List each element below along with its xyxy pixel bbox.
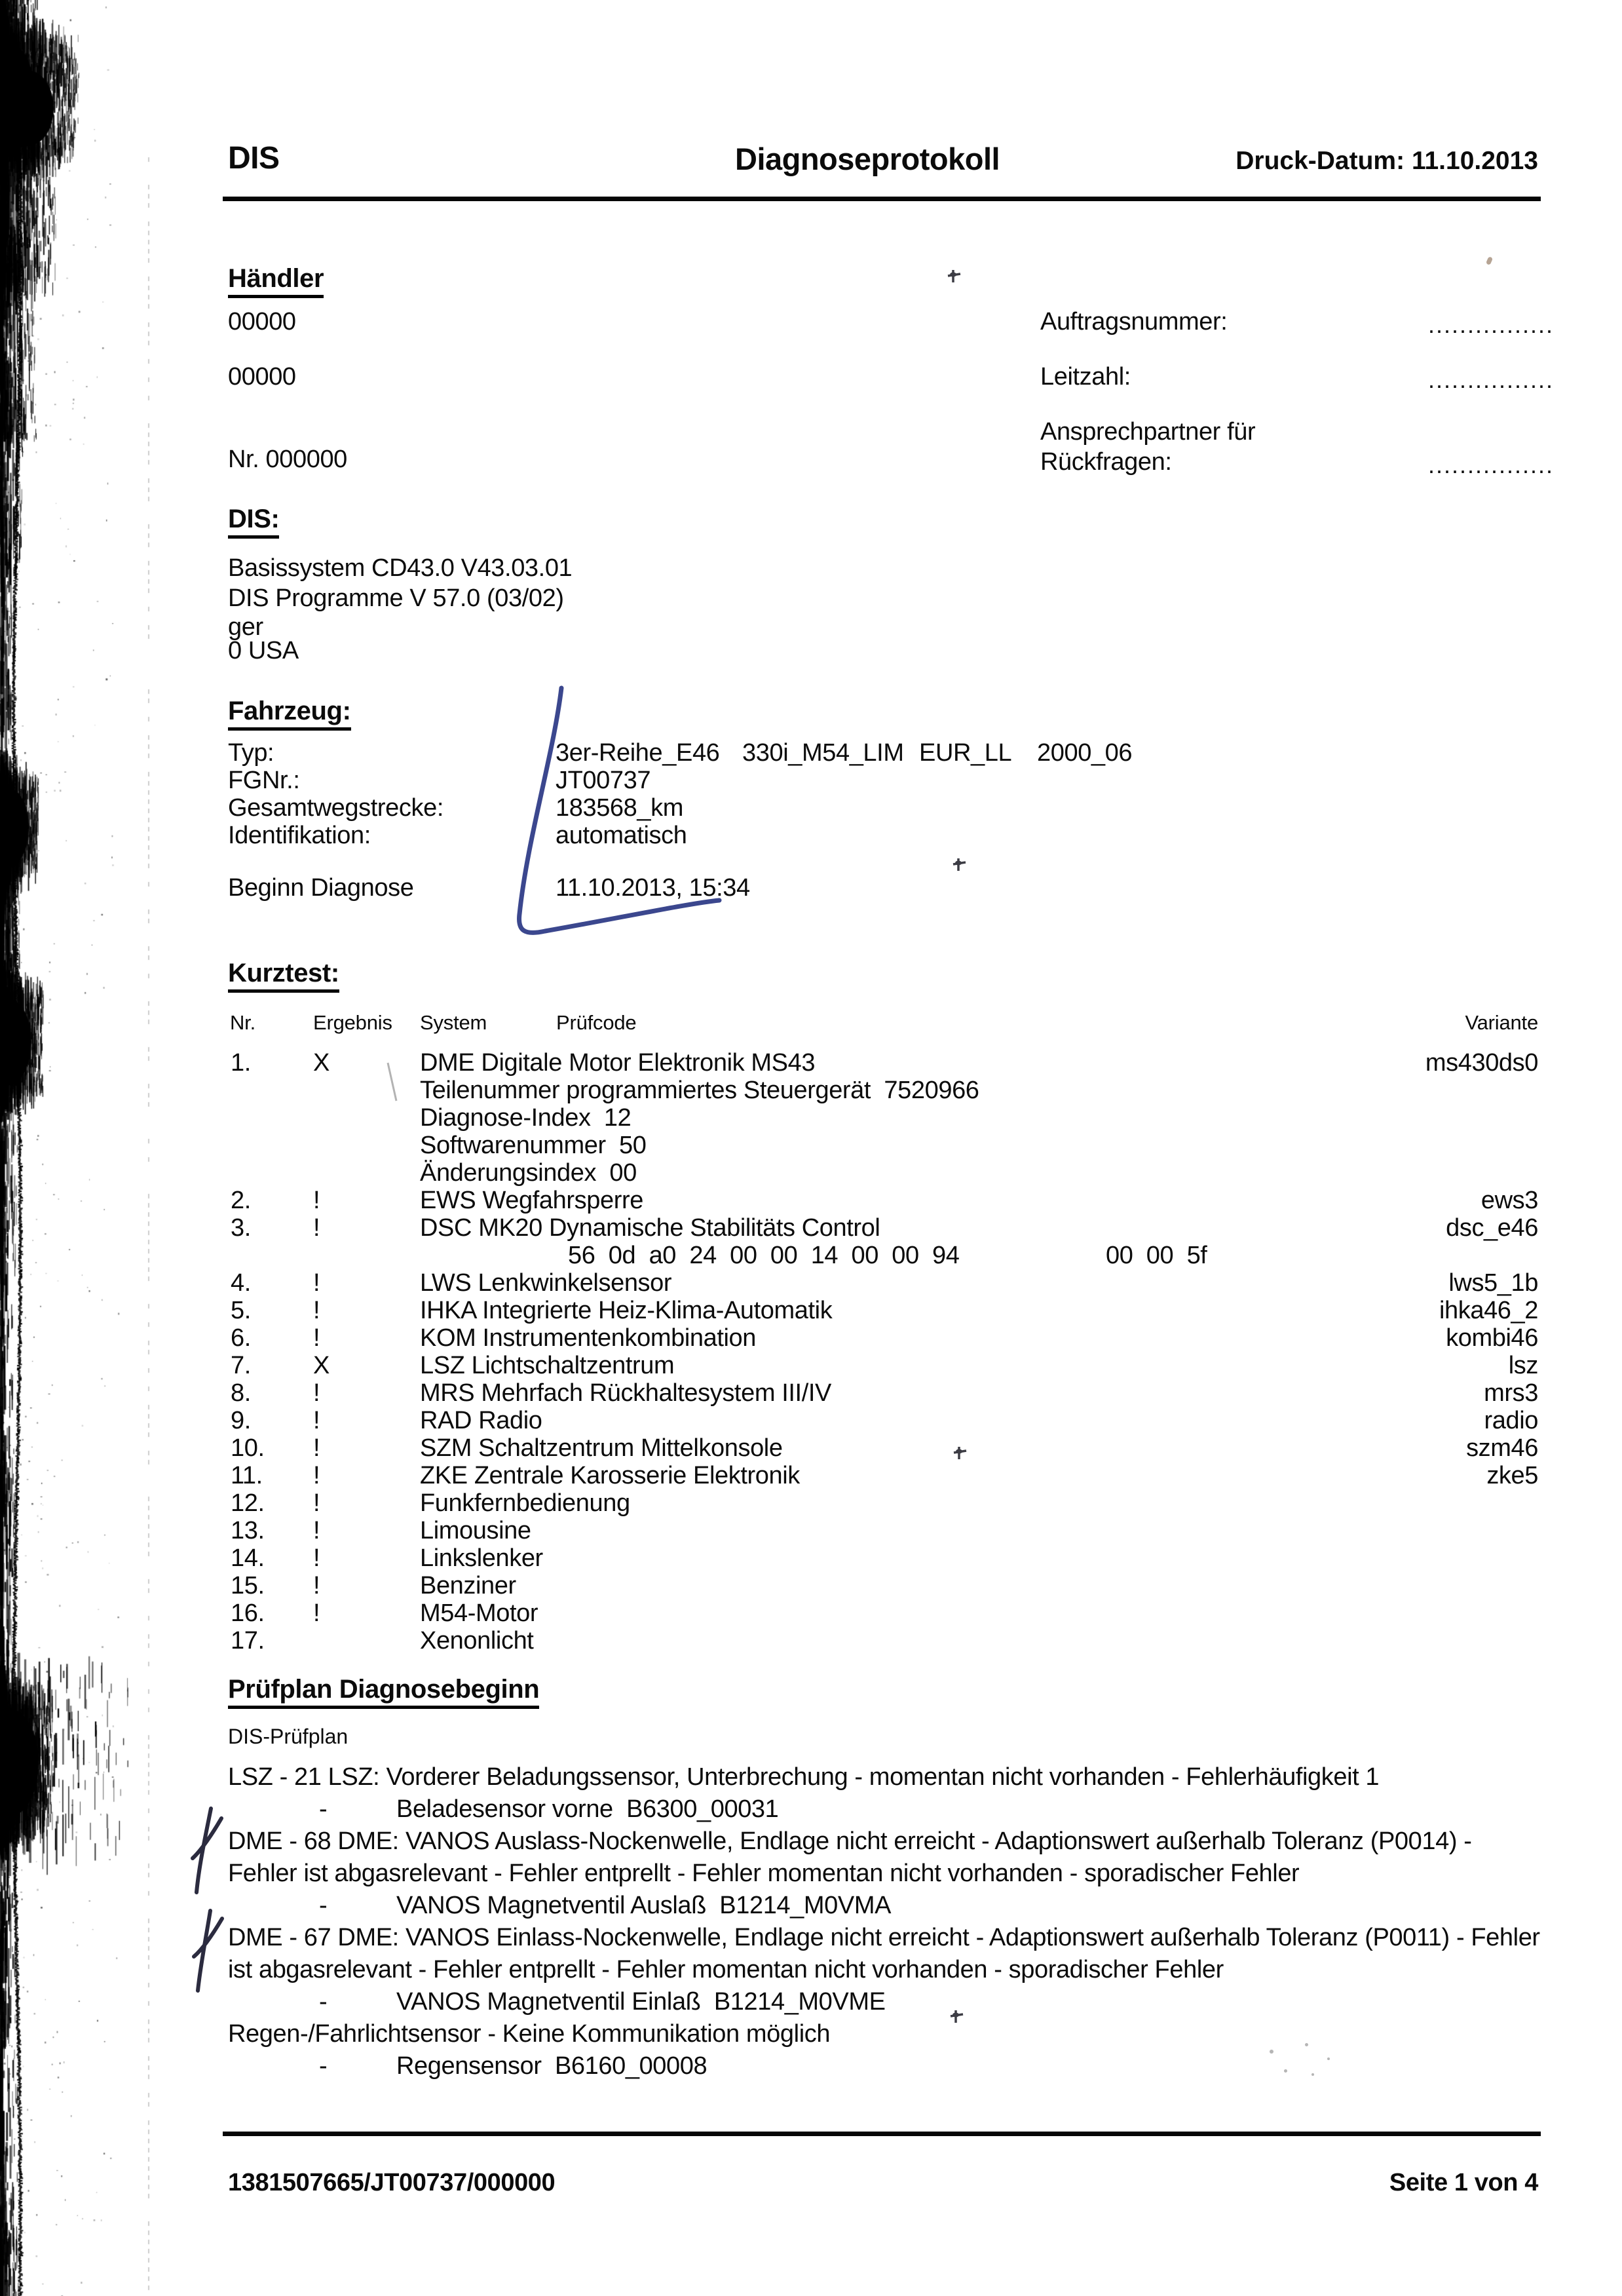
pruefplan-heading: Prüfplan Diagnosebeginn	[228, 1676, 539, 1709]
kurztest-row-system: RAD Radio	[420, 1408, 542, 1433]
kurztest-row-ergebnis: !	[313, 1573, 320, 1598]
kurztest-row-system: EWS Wegfahrsperre	[420, 1188, 643, 1213]
kurztest-row-system: DME Digitale Motor Elektronik MS43	[420, 1050, 815, 1075]
kurztest-hex-values: 56 0d a0 24 00 00 14 00 00 94	[568, 1243, 960, 1268]
kurztest-row-nr: 11.	[231, 1463, 263, 1488]
kurztest-row-detail: Teilenummer programmiertes Steuergerät 7…	[420, 1078, 979, 1103]
scanned-diagnostic-protocol-page: DIS Diagnoseprotokoll Druck-Datum: 11.10…	[0, 0, 1622, 2296]
typ-value-model: 330i_M54_LIM	[742, 740, 904, 765]
kurztest-row-variante: ihka46_2	[1439, 1298, 1538, 1323]
kurztest-row-nr: 12.	[231, 1491, 265, 1516]
order-number-label: Auftragsnummer:	[1040, 309, 1227, 334]
fgnr-value: JT00737	[556, 768, 651, 793]
pruefplan-entry-text: Regen-/Fahrlichtsensor - Keine Kommunika…	[228, 2018, 1546, 2050]
kurztest-row-ergebnis: !	[313, 1436, 320, 1461]
kurztest-row-nr: 9.	[231, 1408, 251, 1433]
scanner-edge-noise-artifact	[0, 0, 157, 2296]
order-number-blank: ................	[1428, 313, 1554, 337]
beginn-diagnose-value: 11.10.2013, 15:34	[556, 875, 750, 900]
kurztest-row-nr: 8.	[231, 1381, 251, 1406]
typ-value-date: 2000_06	[1037, 740, 1132, 765]
typ-label: Typ:	[228, 740, 274, 765]
kurztest-row-detail: Softwarenummer 50	[420, 1133, 647, 1158]
kurztest-row-system: KOM Instrumentenkombination	[420, 1326, 756, 1350]
pruefplan-entry-subline: -VANOS Magnetventil Auslaß B1214_M0VMA	[228, 1890, 1546, 1922]
pruefplan-entry-sub: Beladesensor vorne B6300_00031	[396, 1793, 778, 1826]
kurztest-row-ergebnis: !	[313, 1463, 320, 1488]
pruefplan-entry-dash: -	[319, 1986, 327, 2018]
fold-mark-speck	[951, 856, 970, 874]
dealer-code-2: 00000	[228, 364, 296, 389]
kurztest-row-system: ZKE Zentrale Karosserie Elektronik	[420, 1463, 800, 1488]
kurztest-row-variante: lws5_1b	[1448, 1271, 1538, 1295]
kurztest-row-detail: Diagnose-Index 12	[420, 1105, 631, 1130]
typ-value-market: EUR_LL	[919, 740, 1011, 765]
app-title: DIS	[228, 143, 280, 174]
pruefplan-entry-subline: -VANOS Magnetventil Einlaß B1214_M0VME	[228, 1986, 1546, 2018]
fgnr-label: FGNr.:	[228, 768, 300, 793]
pen-checkmark-dme67	[194, 1911, 222, 1991]
page-title: Diagnoseprotokoll	[735, 143, 1000, 174]
identifikation-value: automatisch	[556, 823, 687, 848]
scan-dot	[1311, 2073, 1314, 2076]
haendler-heading: Händler	[228, 265, 324, 298]
pruefplan-entry-sub: VANOS Magnetventil Auslaß B1214_M0VMA	[396, 1890, 891, 1922]
contact-label-line1: Ansprechpartner für	[1040, 419, 1255, 444]
dealer-code-1: 00000	[228, 309, 296, 334]
kurztest-row-variante: ms430ds0	[1425, 1050, 1538, 1075]
kurztest-row-nr: 13.	[231, 1518, 265, 1543]
kurztest-row-system: Benziner	[420, 1573, 516, 1598]
kurztest-row-system: DSC MK20 Dynamische Stabilitäts Control	[420, 1215, 880, 1240]
kurztest-row-nr: 2.	[231, 1188, 251, 1213]
kurztest-row-ergebnis: !	[313, 1298, 320, 1323]
pruefplan-entry-dash: -	[319, 1890, 327, 1922]
dis-line: ger	[228, 615, 263, 640]
dis-line: 0 USA	[228, 638, 299, 663]
kurztest-row-ergebnis: X	[313, 1353, 330, 1378]
kurztest-row-nr: 1.	[231, 1050, 251, 1075]
pruefplan-entry-text: DME - 67 DME: VANOS Einlass-Nockenwelle,…	[228, 1922, 1546, 1986]
kurztest-row-variante: lsz	[1509, 1353, 1538, 1378]
kurztest-row-system: LWS Lenkwinkelsensor	[420, 1271, 671, 1295]
print-date-label: Druck-Datum:	[1235, 147, 1405, 175]
kurztest-row-ergebnis: !	[313, 1381, 320, 1406]
kurztest-row-ergebnis: !	[313, 1546, 320, 1571]
kurztest-row-nr: 6.	[231, 1326, 251, 1350]
kurztest-row-system: Linkslenker	[420, 1546, 543, 1571]
contact-blank: ................	[1428, 453, 1554, 477]
pruefplan-entry-sub: VANOS Magnetventil Einlaß B1214_M0VME	[396, 1986, 886, 2018]
page-number: Seite 1 von 4	[1389, 2170, 1538, 2195]
fold-mark-speck	[952, 1444, 970, 1463]
scan-dot	[1327, 2057, 1330, 2060]
beginn-diagnose-label: Beginn Diagnose	[228, 875, 413, 900]
kurztest-row-nr: 4.	[231, 1271, 251, 1295]
kurztest-row-system: IHKA Integrierte Heiz-Klima-Automatik	[420, 1298, 832, 1323]
kurztest-row-detail: Änderungsindex 00	[420, 1160, 637, 1185]
kurztest-row-nr: 3.	[231, 1215, 251, 1240]
kurztest-row-nr: 15.	[231, 1573, 265, 1598]
kurztest-hex-values: 00 00 5f	[1106, 1243, 1207, 1268]
pen-checkmark-dme68	[193, 1808, 221, 1892]
scan-dot	[1284, 2069, 1287, 2073]
kurztest-row-ergebnis: !	[313, 1518, 320, 1543]
scan-speck	[1486, 256, 1493, 265]
column-header-system: System	[420, 1012, 487, 1033]
leitzahl-label: Leitzahl:	[1040, 364, 1131, 389]
fold-mark-speck	[946, 267, 964, 286]
leitzahl-blank: ................	[1428, 368, 1554, 392]
pruefplan-entry-dash: -	[319, 1793, 327, 1826]
pruefplan-entry-subline: -Beladesensor vorne B6300_00031	[228, 1793, 1546, 1826]
kurztest-row-ergebnis: !	[313, 1188, 320, 1213]
kurztest-row-variante: kombi46	[1446, 1326, 1538, 1350]
pruefplan-entry-text: LSZ - 21 LSZ: Vorderer Beladungssensor, …	[228, 1761, 1546, 1793]
fold-mark-speck	[949, 2008, 967, 2026]
kurztest-row-system: SZM Schaltzentrum Mittelkonsole	[420, 1436, 783, 1461]
kurztest-row-nr: 16.	[231, 1601, 265, 1626]
dis-line: Basissystem CD43.0 V43.03.01	[228, 556, 572, 581]
column-header-variante: Variante	[1465, 1012, 1538, 1033]
kurztest-row-variante: zke5	[1486, 1463, 1538, 1488]
kurztest-row-ergebnis: X	[313, 1050, 330, 1075]
kurztest-row-ergebnis: !	[313, 1215, 320, 1240]
document-id: 1381507665/JT00737/000000	[228, 2170, 555, 2195]
scan-dot	[1270, 2050, 1273, 2054]
dis-heading: DIS:	[228, 506, 279, 539]
kurztest-row-system: Limousine	[420, 1518, 531, 1543]
pruefplan-entry-sub: Regensensor B6160_00008	[396, 2050, 707, 2082]
kurztest-row-system: LSZ Lichtschaltzentrum	[420, 1353, 674, 1378]
footer-divider	[223, 2132, 1541, 2136]
gesamtwegstrecke-value: 183568_km	[556, 795, 683, 820]
print-date-value: 11.10.2013	[1412, 147, 1538, 175]
kurztest-row-system: MRS Mehrfach Rückhaltesystem III/IV	[420, 1381, 831, 1406]
column-header-pruefcode: Prüfcode	[556, 1012, 636, 1033]
kurztest-row-system: M54-Motor	[420, 1601, 538, 1626]
contact-label-line2: Rückfragen:	[1040, 450, 1171, 474]
kurztest-row-variante: dsc_e46	[1446, 1215, 1538, 1240]
dealer-number: Nr. 000000	[228, 447, 347, 472]
fahrzeug-heading: Fahrzeug:	[228, 698, 351, 731]
kurztest-row-variante: mrs3	[1484, 1381, 1538, 1406]
faint-pen-slash	[388, 1063, 396, 1101]
header-divider	[223, 197, 1541, 201]
kurztest-row-variante: radio	[1484, 1408, 1539, 1433]
kurztest-row-ergebnis: !	[313, 1271, 320, 1295]
kurztest-row-nr: 10.	[231, 1436, 265, 1461]
kurztest-row-ergebnis: !	[313, 1601, 320, 1626]
column-header-nr: Nr.	[230, 1012, 255, 1033]
kurztest-row-system: Xenonlicht	[420, 1628, 533, 1653]
column-header-ergebnis: Ergebnis	[313, 1012, 392, 1033]
print-date: Druck-Datum: 11.10.2013	[1235, 148, 1538, 174]
pruefplan-entry-text: DME - 68 DME: VANOS Auslass-Nockenwelle,…	[228, 1826, 1546, 1890]
kurztest-row-nr: 14.	[231, 1546, 265, 1571]
gesamtwegstrecke-label: Gesamtwegstrecke:	[228, 795, 443, 820]
kurztest-heading: Kurztest:	[228, 960, 339, 993]
kurztest-row-ergebnis: !	[313, 1408, 320, 1433]
identifikation-label: Identifikation:	[228, 823, 371, 848]
kurztest-row-system: Funkfernbedienung	[420, 1491, 630, 1516]
kurztest-row-ergebnis: !	[313, 1326, 320, 1350]
pruefplan-entries: LSZ - 21 LSZ: Vorderer Beladungssensor, …	[228, 1761, 1546, 2082]
kurztest-row-ergebnis: !	[313, 1491, 320, 1516]
pruefplan-subheading: DIS-Prüfplan	[228, 1726, 348, 1747]
dis-line: DIS Programme V 57.0 (03/02)	[228, 586, 564, 611]
kurztest-row-variante: szm46	[1466, 1436, 1538, 1461]
scan-dot	[1305, 2043, 1308, 2046]
kurztest-row-nr: 5.	[231, 1298, 251, 1323]
pruefplan-entry-dash: -	[319, 2050, 327, 2082]
typ-value-series: 3er-Reihe_E46	[556, 740, 719, 765]
kurztest-row-nr: 17.	[231, 1628, 265, 1653]
pruefplan-entry-subline: -Regensensor B6160_00008	[228, 2050, 1546, 2082]
kurztest-row-nr: 7.	[231, 1353, 251, 1378]
kurztest-row-variante: ews3	[1481, 1188, 1538, 1213]
